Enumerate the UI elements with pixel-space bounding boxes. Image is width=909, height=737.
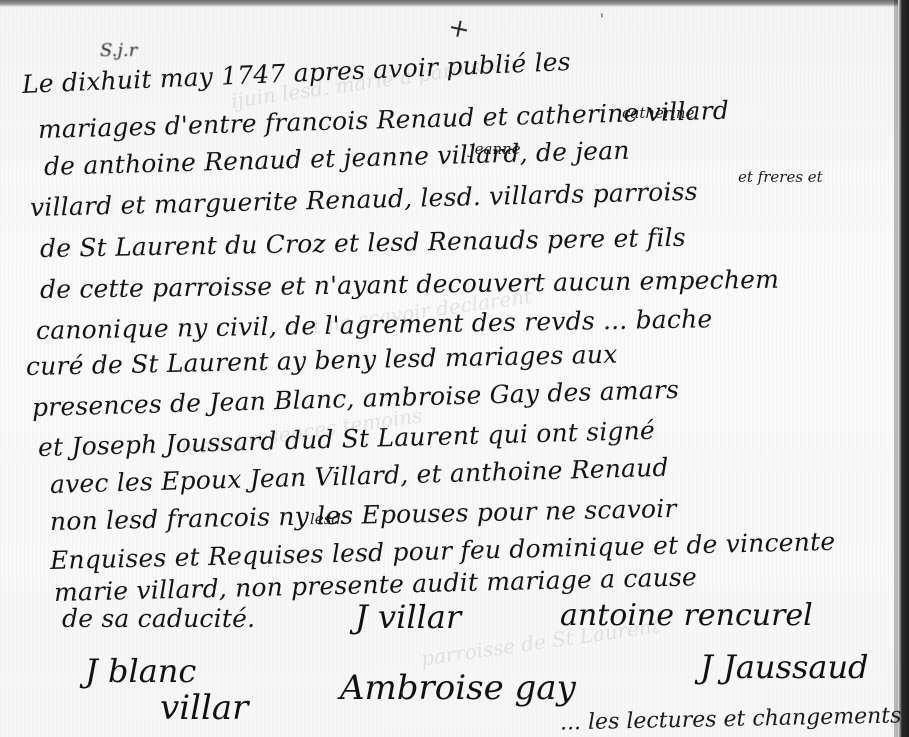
record-line-5: de St Laurent du Croz et lesd Renauds pe…: [40, 223, 686, 263]
signature-j-blanc: J blanc: [85, 652, 196, 690]
record-line-15: de sa caducité.: [62, 604, 255, 633]
cut-off-bottom-line: ... les lectures et changements au port: [560, 702, 909, 736]
signature-villar: villar: [160, 688, 248, 728]
record-line-4: villard et marguerite Renaud, lesd. vill…: [30, 177, 698, 222]
page-right-edge: [898, 0, 909, 737]
signature-antoine-rencurel: antoine rencurel: [560, 598, 813, 633]
record-line-8: curé de St Laurent ay beny lesd mariages…: [26, 340, 618, 381]
header-tick-mark: ': [600, 12, 604, 28]
scanned-register-page: ijuin lesd. marié a paroisse et ne scavo…: [0, 0, 909, 737]
record-line-6: de cette parroisse et n'ayant decouvert …: [40, 265, 779, 304]
signature-j-jaussaud: J Jaussaud: [700, 648, 869, 686]
record-line-3: de anthoine Renaud et jeanne villard, de…: [44, 136, 630, 181]
record-line-9: presences de Jean Blanc, ambroise Gay de…: [32, 375, 680, 422]
record-line-12: non lesd francois ny les Epouses pour ne…: [50, 494, 677, 536]
record-line-11: avec les Epoux Jean Villard, et anthoine…: [50, 453, 669, 499]
interlinear-insertion: et freres et: [738, 168, 823, 186]
signature-j-villar: J villar: [355, 598, 461, 636]
header-cross-mark: +: [445, 12, 473, 46]
signature-ambroise-gay: Ambroise gay: [340, 668, 576, 708]
page-top-edge: [0, 0, 909, 7]
